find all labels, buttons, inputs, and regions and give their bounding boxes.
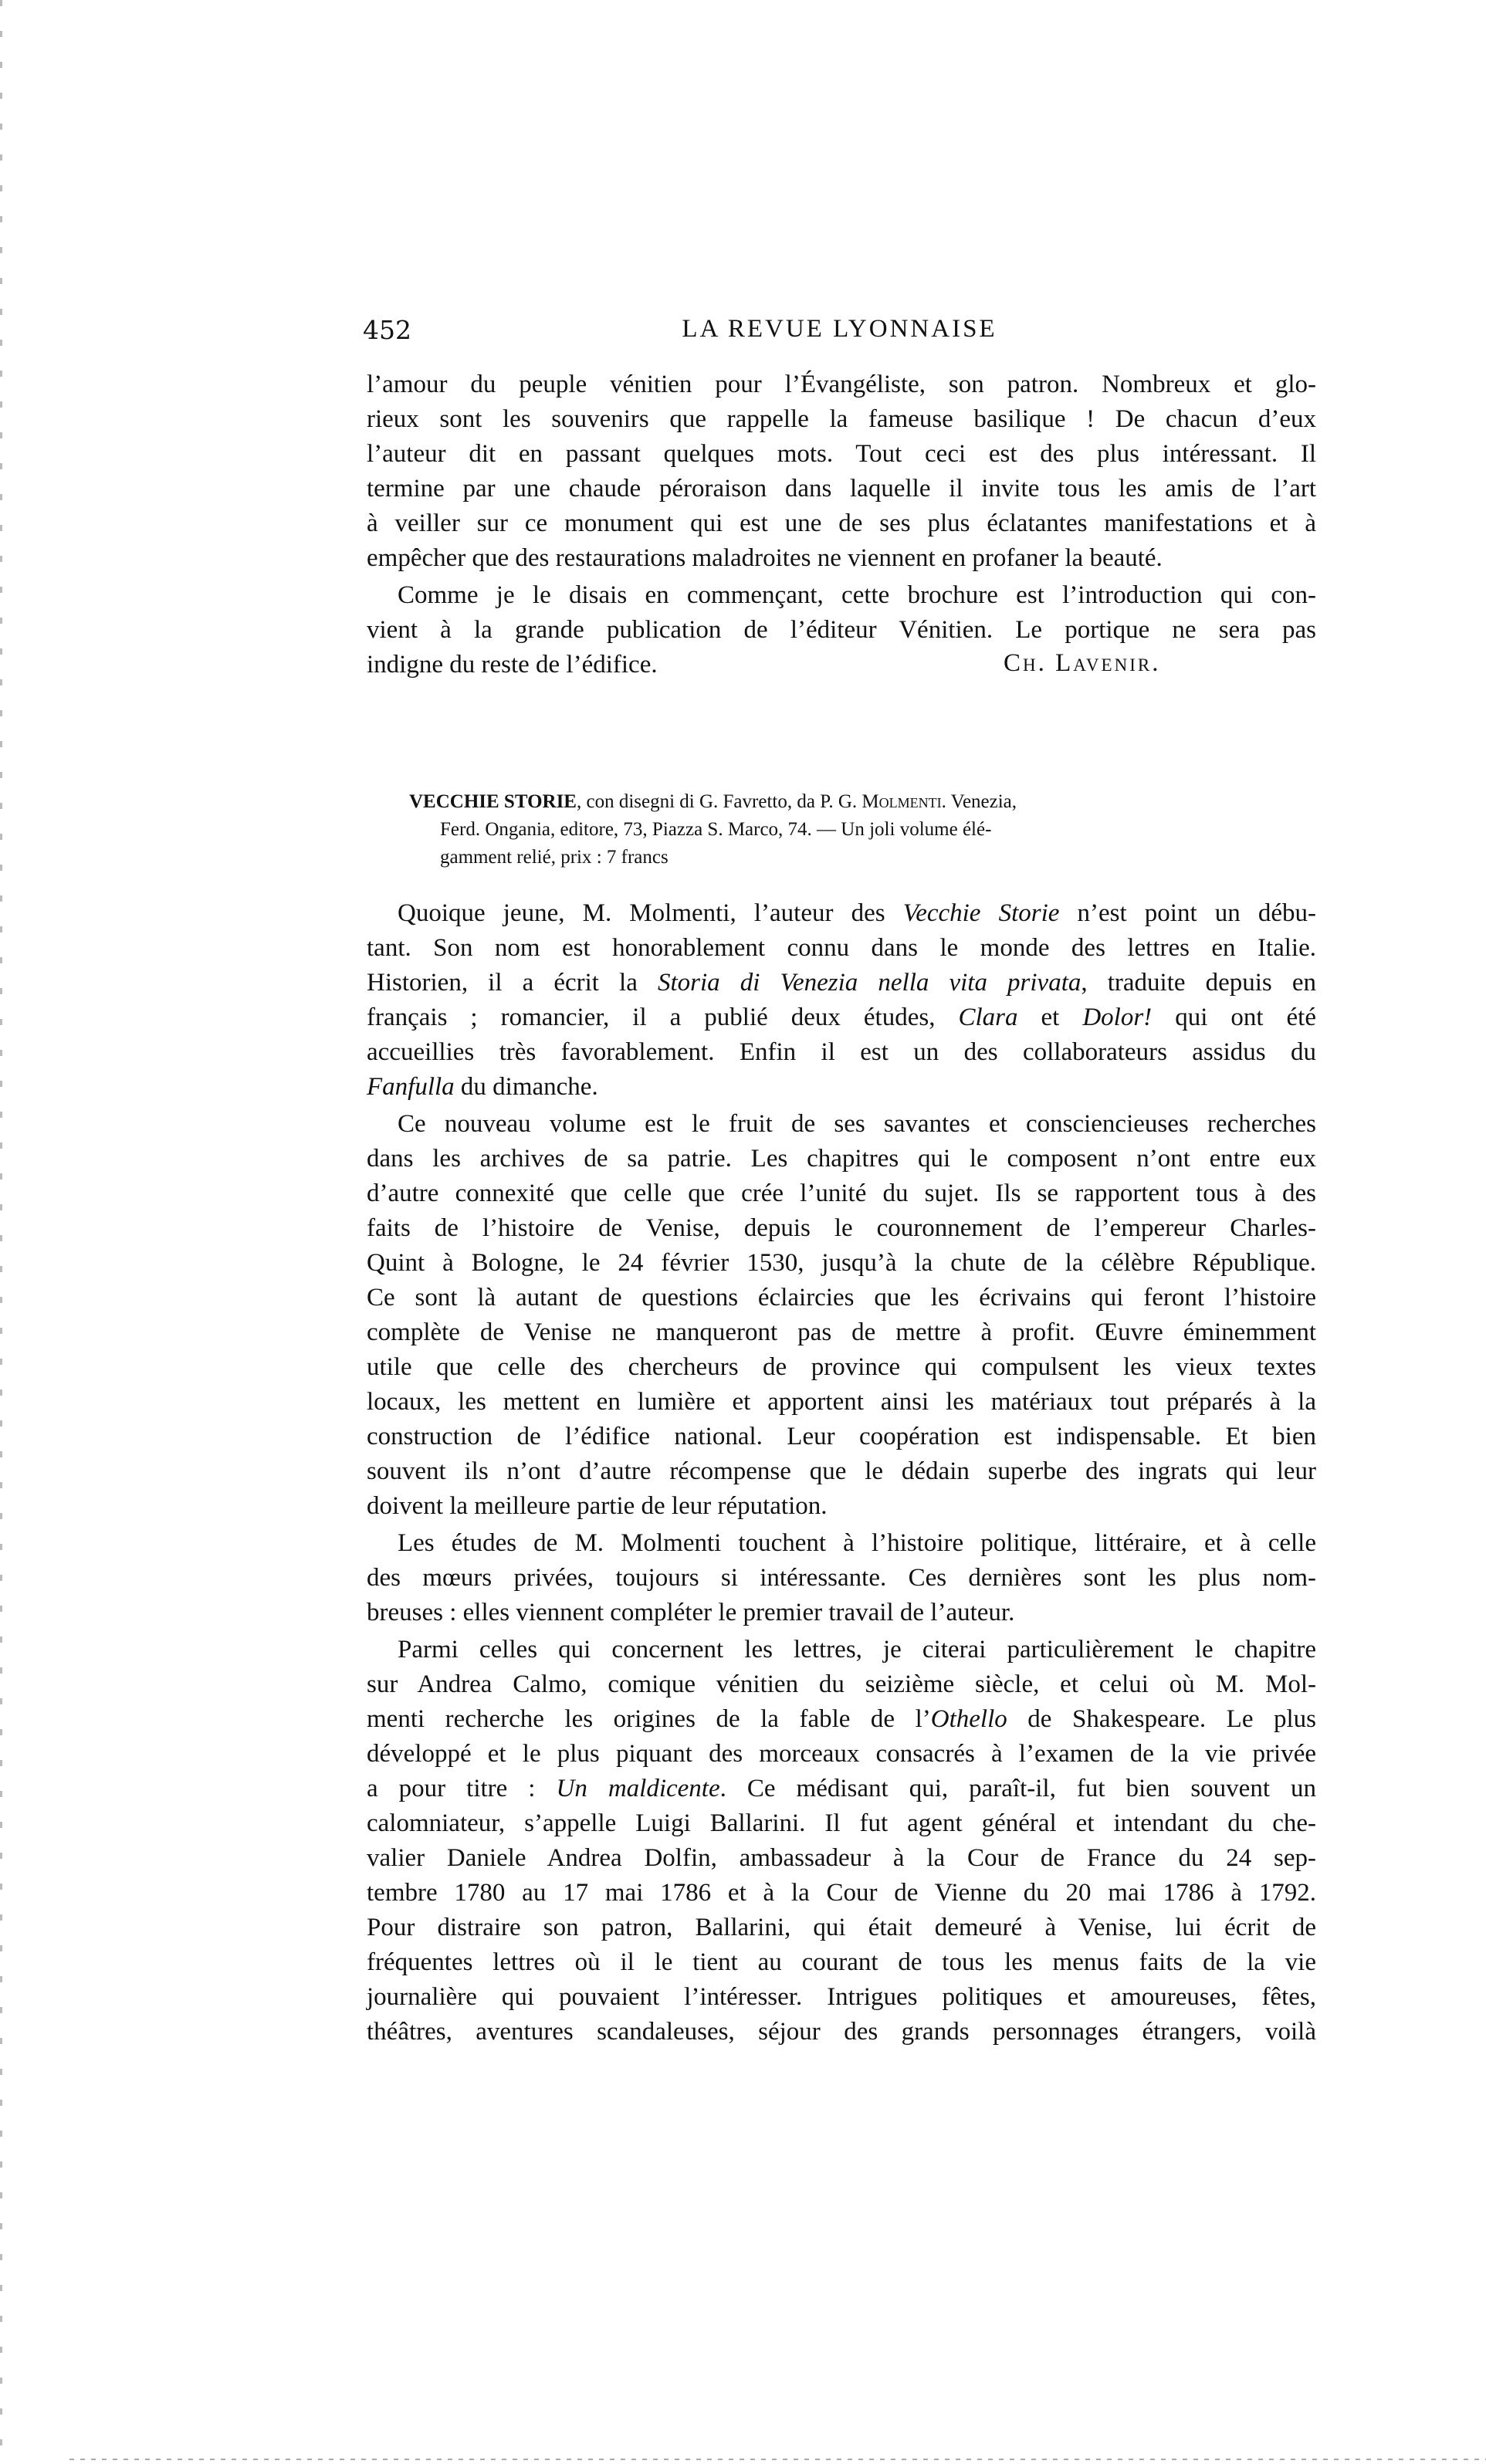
text-line: théâtres, aventures scandaleuses, séjour… <box>367 2016 1316 2047</box>
text-line: Parmi celles qui concernent les lettres,… <box>367 1634 1316 1665</box>
text-line: breuses : elles viennent compléter le pr… <box>367 1597 1316 1628</box>
text-line: vient à la grande publication de l’édite… <box>367 614 1316 645</box>
text-line: locaux, les mettent en lumière et apport… <box>367 1386 1316 1417</box>
text-line: menti recherche les origines de la fable… <box>367 1704 1316 1735</box>
text-line: Historien, il a écrit la Storia di Venez… <box>367 967 1316 998</box>
text-line: construction de l’édifice national. Leur… <box>367 1421 1316 1452</box>
author-signature: Ch. Lavenir. <box>1004 649 1160 678</box>
text-line: accueillies très favorablement. Enfin il… <box>367 1037 1316 1068</box>
text-line: a pour titre : Un maldicente. Ce médisan… <box>367 1773 1316 1804</box>
text-line: à veiller sur ce monument qui est une de… <box>367 508 1316 539</box>
text-line: tembre 1780 au 17 mai 1786 et à la Cour … <box>367 1877 1316 1908</box>
text-line: souvent ils n’ont d’autre récompense que… <box>367 1456 1316 1487</box>
text-line: développé et le plus piquant des morceau… <box>367 1738 1316 1769</box>
text-line: empêcher que des restaurations maladroit… <box>367 543 1316 574</box>
text-line: sur Andrea Calmo, comique vénitien du se… <box>367 1669 1316 1700</box>
text-line: Ce nouveau volume est le fruit de ses sa… <box>367 1108 1316 1139</box>
text-line: faits de l’histoire de Venise, depuis le… <box>367 1213 1316 1244</box>
text-line: complète de Venise ne manqueront pas de … <box>367 1317 1316 1348</box>
text-line: valier Daniele Andrea Dolfin, ambassadeu… <box>367 1843 1316 1873</box>
citation-line-2: Ferd. Ongania, editore, 73, Piazza S. Ma… <box>440 817 991 843</box>
text-line: des mœurs privées, toujours si intéressa… <box>367 1562 1316 1593</box>
citation-line-3: gamment relié, prix : 7 francs <box>440 844 669 871</box>
text-line: dans les archives de sa patrie. Les chap… <box>367 1143 1316 1174</box>
text-line: indigne du reste de l’édifice. <box>367 649 1316 680</box>
text-line: fréquentes lettres où il le tient au cou… <box>367 1947 1316 1978</box>
text-line: Pour distraire son patron, Ballarini, qu… <box>367 1912 1316 1943</box>
text-line: Comme je le disais en commençant, cette … <box>367 580 1316 611</box>
text-line: termine par une chaude péroraison dans l… <box>367 473 1316 504</box>
text-line: Les études de M. Molmenti touchent à l’h… <box>367 1528 1316 1559</box>
text-line: calomniateur, s’appelle Luigi Ballarini.… <box>367 1808 1316 1839</box>
text-line: rieux sont les souvenirs que rappelle la… <box>367 404 1316 435</box>
text-line: utile que celle des chercheurs de provin… <box>367 1352 1316 1383</box>
text-line: Ce sont là autant de questions éclaircie… <box>367 1282 1316 1313</box>
text-line: d’autre connexité que celle que crée l’u… <box>367 1178 1316 1209</box>
text-line: Fanfulla du dimanche. <box>367 1071 1316 1102</box>
text-line: français ; romancier, il a publié deux é… <box>367 1002 1316 1033</box>
text-line: l’auteur dit en passant quelques mots. T… <box>367 438 1316 469</box>
citation-line-1: VECCHIE STORIE, con disegni di G. Favret… <box>409 789 1017 815</box>
scanned-page: 452 LA REVUE LYONNAISE l’amour du peuple… <box>0 0 1486 2464</box>
text-line: tant. Son nom est honorablement connu da… <box>367 932 1316 963</box>
book-author: Molmenti <box>861 791 941 812</box>
scan-bottom-noise <box>69 2459 1486 2460</box>
book-title: VECCHIE STORIE <box>409 791 577 812</box>
scan-edge-marks <box>0 0 2 2464</box>
text-line: Quint à Bologne, le 24 février 1530, jus… <box>367 1247 1316 1278</box>
text-line: journalière qui pouvaient l’intéresser. … <box>367 1982 1316 2012</box>
text-line: doivent la meilleure partie de leur répu… <box>367 1491 1316 1521</box>
page-header: 452 LA REVUE LYONNAISE <box>363 315 1316 354</box>
running-title: LA REVUE LYONNAISE <box>363 315 1316 344</box>
text-line: Quoique jeune, M. Molmenti, l’auteur des… <box>367 898 1316 929</box>
text-line: l’amour du peuple vénitien pour l’Évangé… <box>367 369 1316 400</box>
